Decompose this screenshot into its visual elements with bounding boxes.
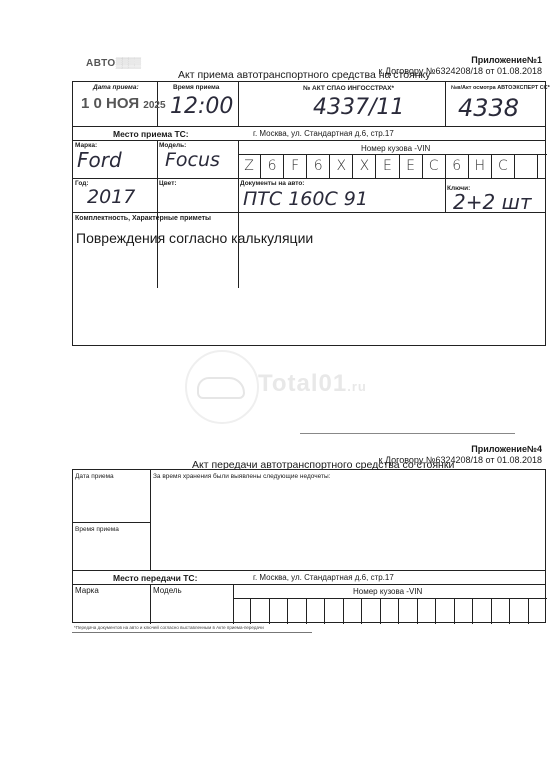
act-number-label: № АКТ СПАО ИНГОССТРАХ* [303, 85, 394, 92]
vin-char-box: 6 [261, 155, 284, 178]
vin-char-box[interactable] [325, 599, 343, 624]
completeness-value: Повреждения согласно калькуляции [76, 230, 313, 246]
color-label: Цвет: [159, 180, 177, 187]
vin-char-box: 6 [307, 155, 330, 178]
vin-char-box[interactable] [455, 599, 473, 624]
completeness-label: Комплектность, Характерные приметы [75, 215, 211, 222]
vin-char-box [515, 155, 538, 178]
vin-char-box[interactable] [436, 599, 454, 624]
act-number-value: 4337/11 [313, 95, 404, 120]
act1-form: Дата приема: 1 0 НОЯ 2025 Время приема 1… [72, 81, 546, 346]
vin-char-box: C [423, 155, 446, 178]
vin-char-box[interactable] [418, 599, 436, 624]
vin-char-box: X [330, 155, 353, 178]
vin-char-box[interactable] [233, 599, 251, 624]
vin-char-box[interactable] [492, 599, 510, 624]
date-label: Дата приема [75, 473, 114, 480]
vin-char-box[interactable] [288, 599, 306, 624]
date-stamp: 1 0 НОЯ 2025 [81, 95, 166, 112]
vin-char-box: E [376, 155, 399, 178]
appendix-number: Приложение№1 [379, 55, 543, 66]
vin-char-box: X [353, 155, 376, 178]
date-label: Дата приема: [93, 84, 139, 91]
vin-char-box: H [469, 155, 492, 178]
defects-label: За время хранения были выявлены следующи… [153, 473, 331, 480]
vin-char-box[interactable] [529, 599, 547, 624]
vin-char-box[interactable] [362, 599, 380, 624]
vin-boxes [233, 599, 547, 624]
vin-char-box[interactable] [270, 599, 288, 624]
place-address: г. Москва, ул. Стандартная д.6, стр.17 [253, 129, 394, 138]
vin-char-box[interactable] [307, 599, 325, 624]
vin-label: Номер кузова -VIN [353, 587, 422, 596]
year-value: 2017 [87, 186, 135, 208]
time-label: Время приема [173, 84, 219, 91]
defects-field[interactable] [153, 484, 538, 564]
act2-form: Дата приема За время хранения были выявл… [72, 469, 546, 623]
vin-char-box: Z [238, 155, 261, 178]
model-label: Модель: [159, 142, 186, 149]
inspection-number-label: №в/Акт осмотра АВТОЭКСПЕРТ СС* [451, 85, 550, 91]
place-label: Место приема ТС: [113, 129, 189, 139]
footnote: *Передача документов на авто и ключей со… [74, 625, 264, 630]
vin-boxes: Z6F6XXEEC6HC [238, 155, 538, 178]
place-address: г. Москва, ул. Стандартная д.6, стр.17 [253, 573, 394, 582]
keys-value: 2+2 шт [453, 190, 532, 214]
vin-char-box[interactable] [399, 599, 417, 624]
docs-label: Документы на авто: [240, 180, 304, 187]
watermark: Total01.ru [258, 370, 367, 398]
vin-char-box: E [400, 155, 423, 178]
brand-label: Марка [75, 586, 99, 595]
brand-value: Ford [77, 148, 122, 172]
model-value: Focus [165, 149, 220, 171]
vin-char-box[interactable] [510, 599, 528, 624]
time-label: Время приема [75, 526, 119, 533]
time-value: 12:00 [170, 94, 233, 119]
vin-char-box: F [284, 155, 307, 178]
model-label: Модель [153, 586, 182, 595]
vin-char-box: C [492, 155, 515, 178]
appendix-number: Приложение№4 [379, 444, 543, 455]
vin-label: Номер кузова -VIN [361, 144, 430, 153]
company-logo: АВТО▒▒▒▒ [86, 58, 140, 69]
place-label: Место передачи ТС: [113, 573, 197, 583]
inspection-number-value: 4338 [458, 94, 519, 122]
vin-char-box[interactable] [473, 599, 491, 624]
vin-char-box[interactable] [381, 599, 399, 624]
vin-char-box: 6 [446, 155, 469, 178]
act1-title: Акт приема автотранспортного средства на… [178, 69, 431, 81]
vin-char-box[interactable] [344, 599, 362, 624]
car-logo-icon [185, 350, 259, 424]
docs-value: ПТС 160С 91 [243, 188, 368, 210]
vin-char-box[interactable] [251, 599, 269, 624]
